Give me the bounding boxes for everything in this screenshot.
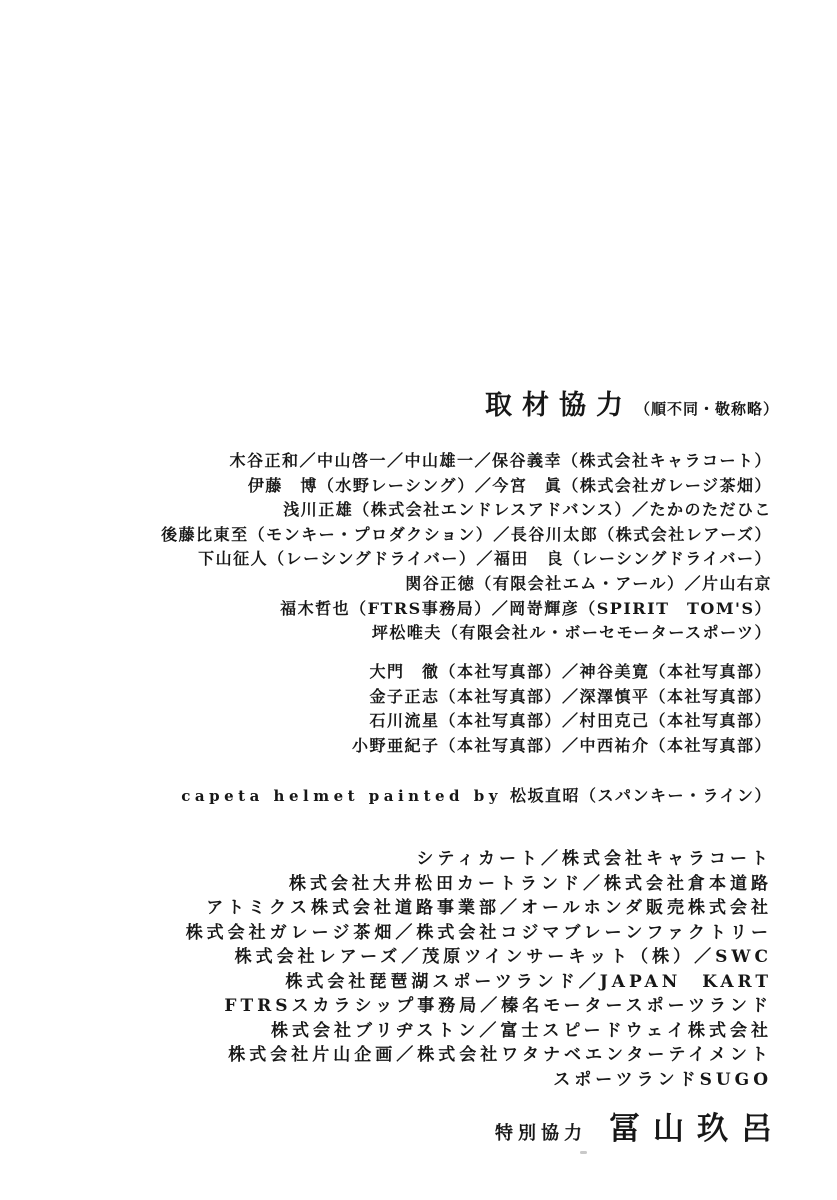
helmet-credit-name: 松坂直昭（スパンキー・ライン） bbox=[510, 786, 772, 805]
credits-page: 取材協力（順不同・敬称略） 木谷正和／中山啓一／中山雄一／保谷義幸（株式会社キャ… bbox=[0, 0, 837, 1200]
contributor-line: 坪松唯夫（有限会社ル・ボーセモータースポーツ） bbox=[0, 621, 772, 646]
company-line: FTRSスカラシップ事務局／榛名モータースポーツランド bbox=[0, 994, 772, 1019]
company-line: スポーツランドSUGO bbox=[0, 1068, 772, 1093]
company-line: 株式会社大井松田カートランド／株式会社倉本道路 bbox=[0, 872, 772, 897]
speck-artifact bbox=[580, 1151, 587, 1154]
photo-staff-line: 金子正志（本社写真部）／深澤慎平（本社写真部） bbox=[0, 685, 772, 710]
contributor-line: 後藤比東至（モンキー・プロダクション）／長谷川太郎（株式会社レアーズ） bbox=[0, 523, 772, 548]
photo-staff-line: 小野亜紀子（本社写真部）／中西祐介（本社写真部） bbox=[0, 734, 772, 759]
company-line: アトミクス株式会社道路事業部／オールホンダ販売株式会社 bbox=[0, 896, 772, 921]
photo-staff-line: 石川流星（本社写真部）／村田克己（本社写真部） bbox=[0, 709, 772, 734]
page-title: 取材協力 bbox=[485, 390, 633, 421]
company-line: 株式会社ガレージ茶畑／株式会社コジマブレーンファクトリー bbox=[0, 921, 772, 946]
contributor-line: 伊藤 博（水野レーシング）／今宮 眞（株式会社ガレージ茶畑） bbox=[0, 474, 772, 499]
special-thanks: 特別協力 冨山玖呂 bbox=[0, 1103, 772, 1148]
section-heading: 取材協力（順不同・敬称略） bbox=[0, 383, 779, 422]
photo-staff-line: 大門 徹（本社写真部）／神谷美寛（本社写真部） bbox=[0, 660, 772, 685]
contributor-line: 木谷正和／中山啓一／中山雄一／保谷義幸（株式会社キャラコート） bbox=[0, 449, 772, 474]
helmet-credit-line: capeta helmet painted by松坂直昭（スパンキー・ライン） bbox=[0, 784, 772, 809]
company-line: シティカート／株式会社キャラコート bbox=[0, 847, 772, 872]
companies-block: シティカート／株式会社キャラコート 株式会社大井松田カートランド／株式会社倉本道… bbox=[0, 847, 772, 1092]
special-thanks-label: 特別協力 bbox=[495, 1119, 587, 1145]
contributor-line: 福木哲也（FTRS事務局）／岡嵜輝彦（SPIRIT TOM'S） bbox=[0, 597, 772, 622]
contributor-line: 関谷正徳（有限会社エム・アール）／片山右京 bbox=[0, 572, 772, 597]
company-line: 株式会社ブリヂストン／富士スピードウェイ株式会社 bbox=[0, 1019, 772, 1044]
special-thanks-name: 冨山玖呂 bbox=[609, 1103, 785, 1148]
photo-staff-block: 大門 徹（本社写真部）／神谷美寛（本社写真部） 金子正志（本社写真部）／深澤慎平… bbox=[0, 660, 772, 758]
page-title-note: （順不同・敬称略） bbox=[635, 400, 779, 418]
contributor-line: 浅川正雄（株式会社エンドレスアドバンス）／たかのただひこ bbox=[0, 498, 772, 523]
company-line: 株式会社琵琶湖スポーツランド／JAPAN KART bbox=[0, 970, 772, 995]
company-line: 株式会社レアーズ／茂原ツインサーキット（株）／SWC bbox=[0, 945, 772, 970]
helmet-credit-latin: capeta helmet painted by bbox=[181, 787, 502, 805]
contributor-line: 下山征人（レーシングドライバー）／福田 良（レーシングドライバー） bbox=[0, 547, 772, 572]
company-line: 株式会社片山企画／株式会社ワタナベエンターテイメント bbox=[0, 1043, 772, 1068]
contributors-block: 木谷正和／中山啓一／中山雄一／保谷義幸（株式会社キャラコート） 伊藤 博（水野レ… bbox=[0, 449, 772, 646]
